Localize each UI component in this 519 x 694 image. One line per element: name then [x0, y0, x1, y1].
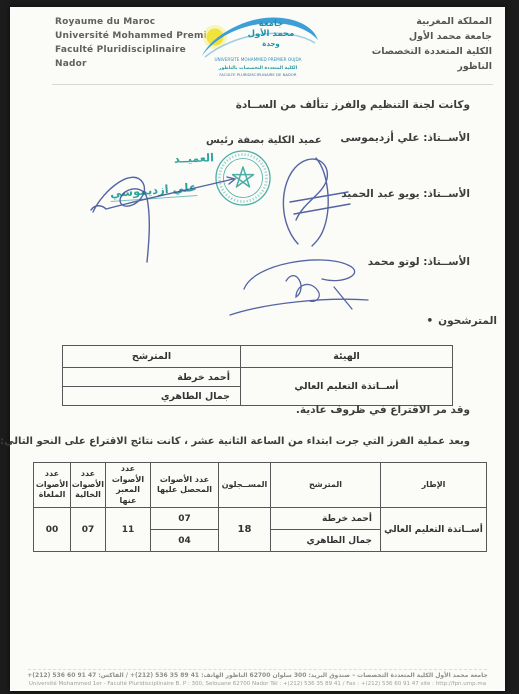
results-table: الإطار المترشح المســجلون عدد الأصوات ال… — [33, 462, 487, 552]
member1-name: الأســتاذ: علي أزديموسى — [340, 132, 470, 144]
bullet-icon: • — [426, 315, 433, 327]
logo-title-ar-3: وجدة — [262, 40, 280, 48]
footer-french-line: Université Mohammed 1er - Faculté Plurid… — [10, 681, 505, 687]
logo-caption-fr-top: UNIVERSITE MOHAMMED PREMIER OUJDA — [214, 57, 301, 62]
header-arabic-block: المملكة المغربية جامعة محمد الأول الكلية… — [372, 14, 492, 74]
logo-caption-ar: الكلية المتعددة التخصصات بالناظور — [218, 65, 298, 71]
table2-header-candidate: المترشح — [271, 463, 381, 508]
header-ar-line: الناظور — [372, 59, 492, 74]
table-row: أســاتذة التعليم العالي أحمد خرطة 18 07 … — [34, 508, 487, 530]
results-intro-text: وبعد عملية الفرز التي جرت ابتداء من السا… — [0, 436, 470, 447]
table2-header-cadre: الإطار — [381, 463, 487, 508]
logo-title-ar-2: محمد الأول — [248, 28, 295, 39]
table1-header-candidate: المترشح — [63, 346, 241, 368]
table2-header-cancelled: عدد الأصوات الملغاة — [34, 463, 71, 508]
table2-cell-obtained-2: 04 — [151, 530, 219, 552]
table2-cell-obtained-1: 07 — [151, 508, 219, 530]
table2-cell-candidate-2: جمال الطاهري — [271, 530, 381, 552]
table2-header-blank: عدد الأصوات الخالية — [71, 463, 106, 508]
table2-cell-registered: 18 — [219, 508, 271, 552]
member1-role: عميد الكلية بصفة رئيس — [206, 135, 322, 146]
table2-header-obtained: عدد الأصوات المحصل عليها — [151, 463, 219, 508]
table1-cell-candidate-2: جمال الطاهري — [63, 387, 241, 406]
header-divider — [52, 84, 493, 85]
table-row: الإطار المترشح المســجلون عدد الأصوات ال… — [34, 463, 487, 508]
member3-name: الأســتاذ: لوتو محمد — [368, 256, 470, 268]
normal-conditions-text: وقد مر الاقتراع في ظروف عادية. — [296, 404, 470, 416]
logo-caption-fr-bottom: FACULTE PLURIDISCIPLINAIRE DE NADOR — [219, 72, 296, 77]
footer-arabic-line: جامعة محمد الأول الكلية المتعددة التخصصا… — [10, 672, 505, 679]
table1-header-body: الهيئة — [241, 346, 453, 368]
header-ar-line: الكلية المتعددة التخصصات — [372, 44, 492, 59]
member3-signature-icon — [226, 251, 376, 323]
header-ar-line: المملكة المغربية — [372, 14, 492, 29]
table2-cell-cancelled: 00 — [34, 508, 71, 552]
table2-cell-candidate-1: أحمد خرطة — [271, 508, 381, 530]
table2-cell-cadre: أســاتذة التعليم العالي — [381, 508, 487, 552]
table2-cell-blank: 07 — [71, 508, 106, 552]
committee-intro-text: وكانت لجنة التنظيم والفرز تتألف من الســ… — [236, 99, 470, 111]
member2-signature-icon — [268, 150, 363, 252]
table-row: الهيئة المترشح — [63, 346, 453, 368]
scan-background: Royaume du Maroc Université Mohammed Pre… — [0, 0, 519, 694]
candidates-table: الهيئة المترشح أســاتذة التعليم العالي أ… — [62, 345, 453, 406]
table2-header-registered: المســجلون — [219, 463, 271, 508]
document-page: Royaume du Maroc Université Mohammed Pre… — [10, 7, 505, 691]
footer-divider — [28, 669, 487, 670]
table1-cell-candidate-1: أحمد خرطة — [63, 368, 241, 387]
dean-signature-icon — [85, 150, 240, 265]
header-ar-line: جامعة محمد الأول — [372, 29, 492, 44]
table-row: أســاتذة التعليم العالي أحمد خرطة — [63, 368, 453, 387]
candidates-label: المترشحون — [438, 315, 497, 327]
table1-cell-body: أســاتذة التعليم العالي — [241, 368, 453, 406]
candidates-bullet-line: •المترشحون — [426, 315, 497, 327]
university-logo-icon: جامعة محمد الأول وجدة UNIVERSITE MOHAMME… — [188, 10, 336, 84]
table2-header-expressed: عدد الأصوات المعبر عنها — [106, 463, 151, 508]
logo-title-ar-1: جامعة — [259, 19, 284, 29]
table2-cell-expressed: 11 — [106, 508, 151, 552]
